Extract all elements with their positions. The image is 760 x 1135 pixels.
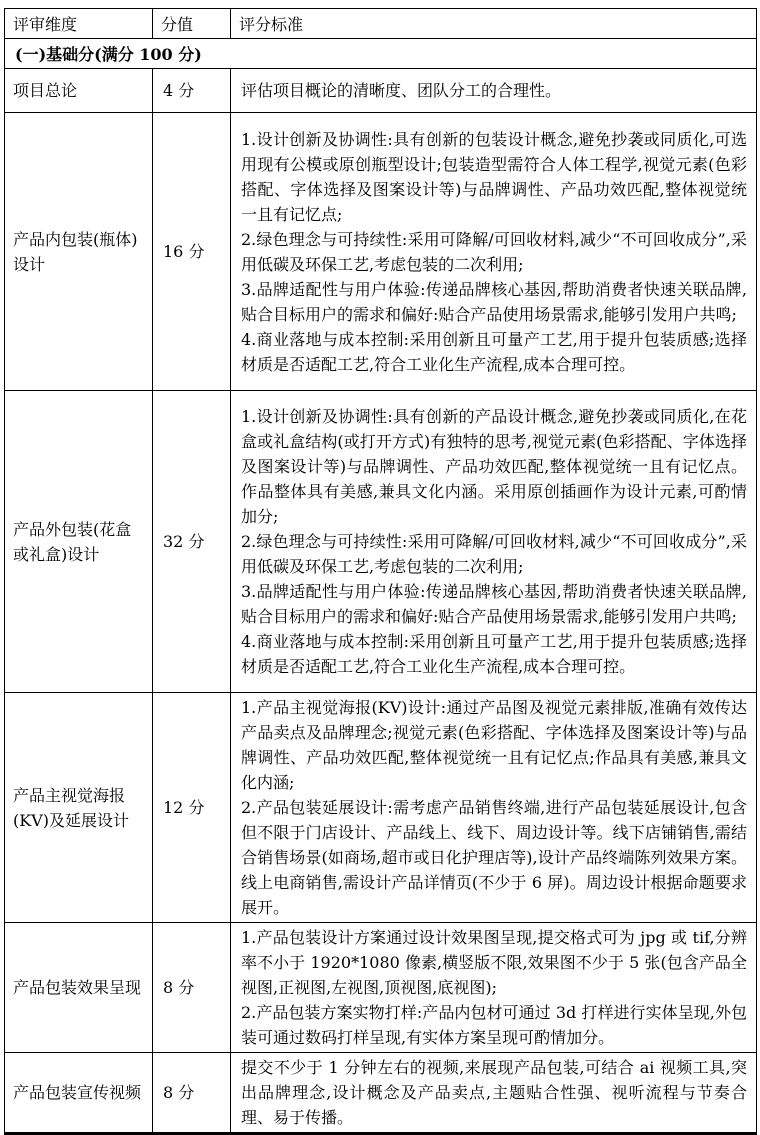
dimension-cell: 项目总论 bbox=[5, 69, 153, 113]
criteria-paragraph: 3.品牌适配性与用户体验:传递品牌核心基因,帮助消费者快速关联品牌,贴合目标用户… bbox=[241, 277, 747, 327]
criteria-paragraph: 2.绿色理念与可持续性:采用可降解/可回收材料,减少“不可回收成分”,采用低碳及… bbox=[241, 227, 747, 277]
criteria-paragraph: 提交不少于 1 分钟左右的视频,来展现产品包装,可结合 ai 视频工具,突出品牌… bbox=[241, 1055, 747, 1130]
score-cell: 12 分 bbox=[153, 693, 231, 923]
score-cell: 8 分 bbox=[153, 923, 231, 1053]
score-cell: 16 分 bbox=[153, 113, 231, 391]
header-row: 评审维度 分值 评分标准 bbox=[5, 9, 757, 39]
table-header: 评审维度 分值 评分标准 bbox=[5, 9, 757, 39]
criteria-cell: 1.设计创新及协调性:具有创新的包装设计概念,避免抄袭或同质化,可选用现有公模或… bbox=[231, 113, 757, 391]
criteria-cell: 1.产品主视觉海报(KV)设计:通过产品图及视觉元素排版,准确有效传达产品卖点及… bbox=[231, 693, 757, 923]
section-row: (一)基础分(满分 100 分) bbox=[5, 39, 757, 69]
criteria-cell: 1.设计创新及协调性:具有创新的产品设计概念,避免抄袭或同质化,在花盒或礼盒结构… bbox=[231, 391, 757, 693]
criteria-cell: 提交不少于 1 分钟左右的视频,来展现产品包装,可结合 ai 视频工具,突出品牌… bbox=[231, 1053, 757, 1134]
table-row: 产品主视觉海报(KV)及延展设计 12 分 1.产品主视觉海报(KV)设计:通过… bbox=[5, 693, 757, 923]
score-cell: 32 分 bbox=[153, 391, 231, 693]
dimension-cell: 产品内包装(瓶体)设计 bbox=[5, 113, 153, 391]
scoring-rubric-table: 评审维度 分值 评分标准 (一)基础分(满分 100 分) 项目总论 4 分 评… bbox=[4, 8, 757, 1135]
header-cell-dimension: 评审维度 bbox=[5, 9, 153, 39]
criteria-paragraph: 4.商业落地与成本控制:采用创新且可量产工艺,用于提升包装质感;选择材质是否适配… bbox=[241, 327, 747, 377]
score-cell: 4 分 bbox=[153, 69, 231, 113]
table-row: 产品包装宣传视频 8 分 提交不少于 1 分钟左右的视频,来展现产品包装,可结合… bbox=[5, 1053, 757, 1134]
dimension-cell: 产品外包装(花盒或礼盒)设计 bbox=[5, 391, 153, 693]
criteria-cell: 评估项目概论的清晰度、团队分工的合理性。 bbox=[231, 69, 757, 113]
table-row: 产品内包装(瓶体)设计 16 分 1.设计创新及协调性:具有创新的包装设计概念,… bbox=[5, 113, 757, 391]
table-row: 项目总论 4 分 评估项目概论的清晰度、团队分工的合理性。 bbox=[5, 69, 757, 113]
header-cell-criteria: 评分标准 bbox=[231, 9, 757, 39]
criteria-paragraph: 评估项目概论的清晰度、团队分工的合理性。 bbox=[241, 78, 747, 103]
criteria-paragraph: 2.产品包装方案实物打样:产品内包材可通过 3d 打样进行实体呈现,外包装可通过… bbox=[241, 1000, 747, 1050]
criteria-cell: 1.产品包装设计方案通过设计效果图呈现,提交格式可为 jpg 或 tif,分辨率… bbox=[231, 923, 757, 1053]
section-title: (一)基础分(满分 100 分) bbox=[5, 39, 757, 69]
header-cell-score: 分值 bbox=[153, 9, 231, 39]
criteria-paragraph: 1.产品主视觉海报(KV)设计:通过产品图及视觉元素排版,准确有效传达产品卖点及… bbox=[241, 695, 747, 795]
criteria-paragraph: 2.产品包装延展设计:需考虑产品销售终端,进行产品包装延展设计,包含但不限于门店… bbox=[241, 795, 747, 920]
criteria-paragraph: 1.设计创新及协调性:具有创新的产品设计概念,避免抄袭或同质化,在花盒或礼盒结构… bbox=[241, 404, 747, 529]
dimension-cell: 产品包装宣传视频 bbox=[5, 1053, 153, 1134]
criteria-paragraph: 2.绿色理念与可持续性:采用可降解/可回收材料,减少“不可回收成分”,采用低碳及… bbox=[241, 529, 747, 579]
table-row: 产品包装效果呈现 8 分 1.产品包装设计方案通过设计效果图呈现,提交格式可为 … bbox=[5, 923, 757, 1053]
criteria-paragraph: 1.产品包装设计方案通过设计效果图呈现,提交格式可为 jpg 或 tif,分辨率… bbox=[241, 925, 747, 1000]
table-row: 产品外包装(花盒或礼盒)设计 32 分 1.设计创新及协调性:具有创新的产品设计… bbox=[5, 391, 757, 693]
criteria-paragraph: 1.设计创新及协调性:具有创新的包装设计概念,避免抄袭或同质化,可选用现有公模或… bbox=[241, 127, 747, 227]
document-page: 评审维度 分值 评分标准 (一)基础分(满分 100 分) 项目总论 4 分 评… bbox=[0, 0, 760, 1135]
table-body: (一)基础分(满分 100 分) 项目总论 4 分 评估项目概论的清晰度、团队分… bbox=[5, 39, 757, 1134]
score-cell: 8 分 bbox=[153, 1053, 231, 1134]
dimension-cell: 产品包装效果呈现 bbox=[5, 923, 153, 1053]
criteria-paragraph: 3.品牌适配性与用户体验:传递品牌核心基因,帮助消费者快速关联品牌,贴合目标用户… bbox=[241, 579, 747, 629]
criteria-paragraph: 4.商业落地与成本控制:采用创新且可量产工艺,用于提升包装质感;选择材质是否适配… bbox=[241, 629, 747, 679]
dimension-cell: 产品主视觉海报(KV)及延展设计 bbox=[5, 693, 153, 923]
